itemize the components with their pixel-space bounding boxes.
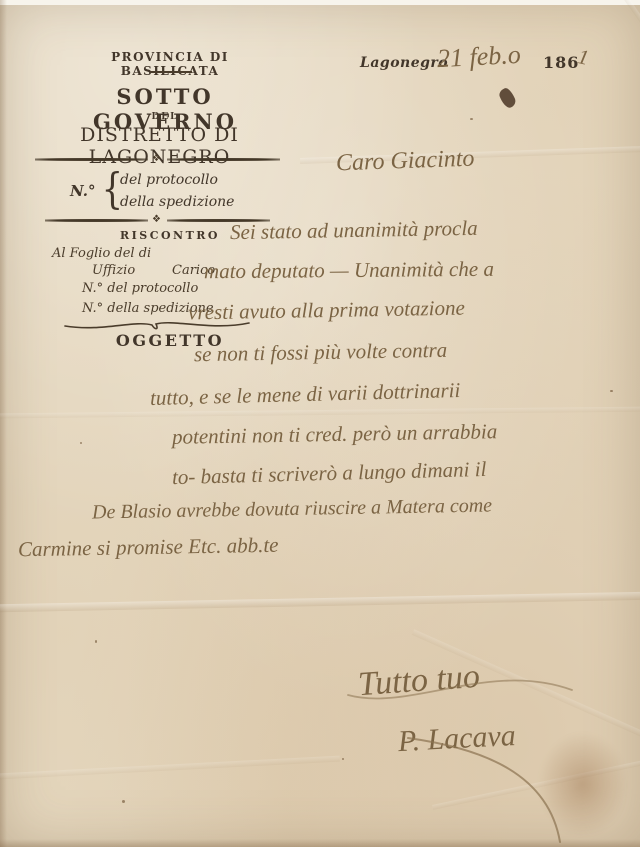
- rule-line: [167, 158, 280, 161]
- paper-speck: [470, 118, 473, 120]
- riscontro-uffizio: Uffizio: [92, 263, 135, 278]
- body-line: Carmine si promise Etc. abb.te: [18, 533, 279, 563]
- rule-line: [35, 158, 148, 161]
- paper-edge-top: [0, 0, 640, 5]
- ink-blot: [497, 86, 517, 110]
- body-line: Sei stato ad unanimità procla: [230, 216, 478, 245]
- letterhead-small-rule: [150, 71, 192, 73]
- paper-speck: [122, 800, 125, 803]
- paper-speck: [80, 442, 82, 444]
- paper-crease: [611, 0, 640, 87]
- body-line: mato deputato — Unanimità che a: [204, 257, 494, 285]
- foliate-ornament-icon: ❖: [152, 215, 163, 225]
- body-line: potentini non ti cred. però un arrabbia: [172, 419, 498, 450]
- dateline-year-printed: 186: [543, 53, 579, 72]
- dateline-handwritten-date: 21 feb.o: [436, 40, 521, 74]
- body-line: vresti avuto alla prima votazione: [188, 296, 465, 326]
- letter-page: PROVINCIA DI BASILICATA SOTTO GOVERNO DE…: [0, 0, 640, 847]
- paper-speck: [610, 390, 613, 392]
- rule-line: [45, 219, 148, 222]
- riscontro-protocollo: N.° del protocollo: [82, 281, 198, 296]
- paper-edge-left: [0, 0, 7, 847]
- letterhead-province: PROVINCIA DI BASILICATA: [60, 50, 280, 78]
- riscontro-foglio: Al Foglio del di: [52, 246, 151, 261]
- protocol-number-label: N.°: [70, 182, 95, 200]
- letterhead-del: DEL: [40, 112, 290, 122]
- dateline-year-handwritten: 1: [576, 44, 591, 71]
- dateline-place: Lagonegro: [360, 55, 448, 71]
- body-line: tutto, e se le mene di varii dottrinarii: [150, 378, 461, 411]
- paper-crease: [0, 756, 340, 781]
- body-line: to- basta ti scriverò a lungo dimani il: [172, 457, 487, 490]
- signature-flourish: [330, 640, 590, 845]
- ornamental-rule: ❖: [35, 154, 280, 164]
- body-line: De Blasio avrebbe dovuta riuscire a Mate…: [92, 495, 492, 525]
- paper-crease: [0, 592, 640, 612]
- protocol-line-1: del protocollo: [120, 172, 218, 188]
- paper-crease: [0, 407, 640, 419]
- paper-speck: [95, 640, 97, 643]
- protocol-line-2: della spedizione: [120, 194, 234, 210]
- salutation: Caro Giacinto: [336, 146, 475, 178]
- body-line: se non ti fossi più volte contra: [194, 338, 448, 367]
- foliate-ornament-icon: ❖: [152, 154, 163, 164]
